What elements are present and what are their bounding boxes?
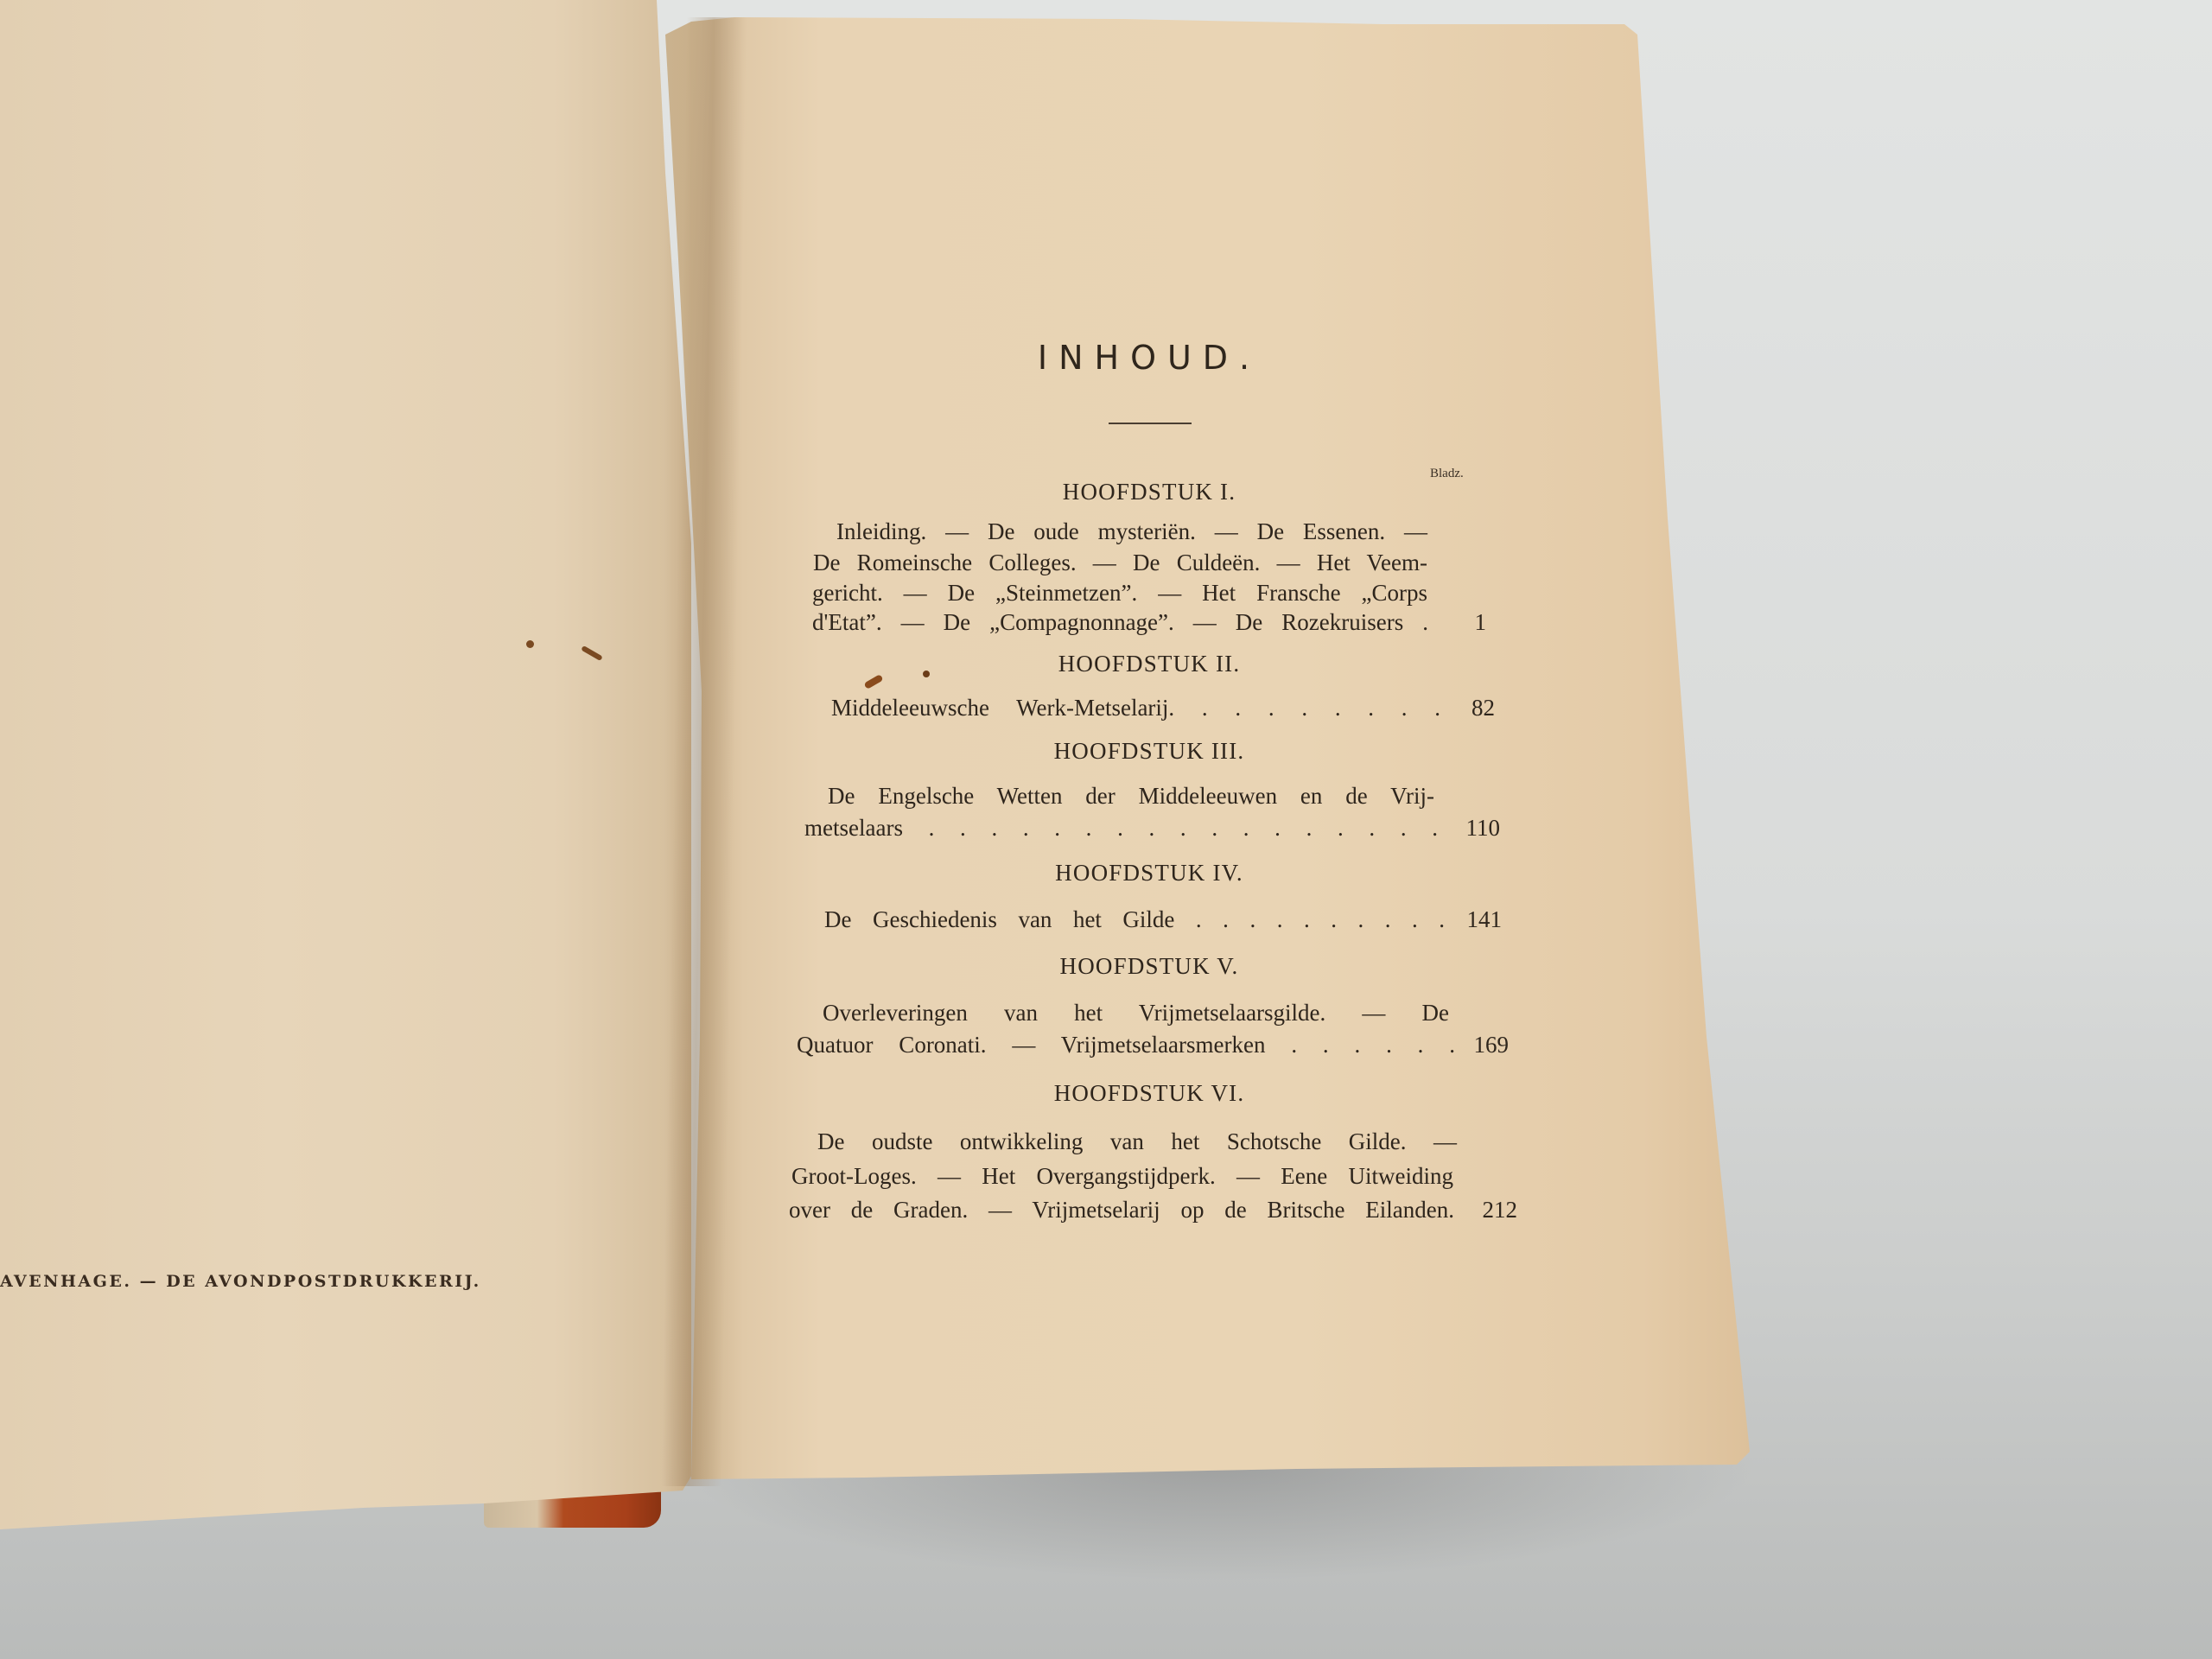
toc-entry-line: De oudste ontwikkeling van het Schotsche… <box>817 1128 1457 1155</box>
page-title: INHOUD. <box>1020 339 1279 377</box>
chapter-heading: HOOFDSTUK VI. <box>976 1080 1322 1107</box>
foxing-spot <box>581 645 603 661</box>
toc-entry-line: Inleiding. — De oude mysteriën. — De Ess… <box>836 518 1427 545</box>
photo-scene: AVENHAGE. — DE AVONDPOSTDRUKKERIJ. INHOU… <box>0 0 2212 1659</box>
toc-entry-line: De Geschiedenis van het Gilde . . . . . … <box>824 906 1445 933</box>
toc-entry-line: gericht. — De „Steinmetzen”. — Het Frans… <box>812 580 1427 607</box>
page-number: 212 <box>1465 1197 1517 1224</box>
page-number: 82 <box>1443 695 1495 721</box>
toc-entry-line: De Engelsche Wetten der Middeleeuwen en … <box>828 783 1434 810</box>
toc-entry-line: Overleveringen van het Vrijmetselaarsgil… <box>823 1000 1449 1027</box>
page-column-label: Bladz. <box>1430 467 1464 481</box>
foxing-spot <box>526 640 534 648</box>
chapter-heading: HOOFDSTUK V. <box>976 953 1322 980</box>
foxing-spot <box>923 671 930 677</box>
chapter-heading: HOOFDSTUK I. <box>976 479 1322 505</box>
chapter-heading: HOOFDSTUK IV. <box>976 860 1322 887</box>
book-shadow <box>674 1460 1763 1581</box>
page-number: 1 <box>1434 609 1486 636</box>
toc-entry-line: De Romeinsche Colleges. — De Culdeën. — … <box>813 550 1427 576</box>
left-page: AVENHAGE. — DE AVONDPOSTDRUKKERIJ. <box>0 0 691 1538</box>
page-number: 169 <box>1457 1032 1509 1058</box>
page-number: 110 <box>1448 815 1500 842</box>
toc-entry-line: over de Graden. — Vrijmetselarij op de B… <box>789 1197 1454 1224</box>
printer-imprint: AVENHAGE. — DE AVONDPOSTDRUKKERIJ. <box>0 1272 481 1291</box>
toc-entry-line: Quatuor Coronati. — Vrijmetselaarsmerken… <box>797 1032 1455 1058</box>
toc-entry-line: Middeleeuwsche Werk-Metselarij. . . . . … <box>831 695 1440 721</box>
toc-entry-line: Groot-Loges. — Het Overgangstijdperk. — … <box>791 1163 1453 1190</box>
chapter-heading: HOOFDSTUK II. <box>976 651 1322 677</box>
toc-entry-line: d'Etat”. — De „Compagnonnage”. — De Roze… <box>812 609 1428 636</box>
page-number: 141 <box>1450 906 1502 933</box>
title-rule <box>1109 423 1192 424</box>
chapter-heading: HOOFDSTUK III. <box>976 738 1322 765</box>
toc-entry-line: metselaars . . . . . . . . . . . . . . .… <box>804 815 1438 842</box>
